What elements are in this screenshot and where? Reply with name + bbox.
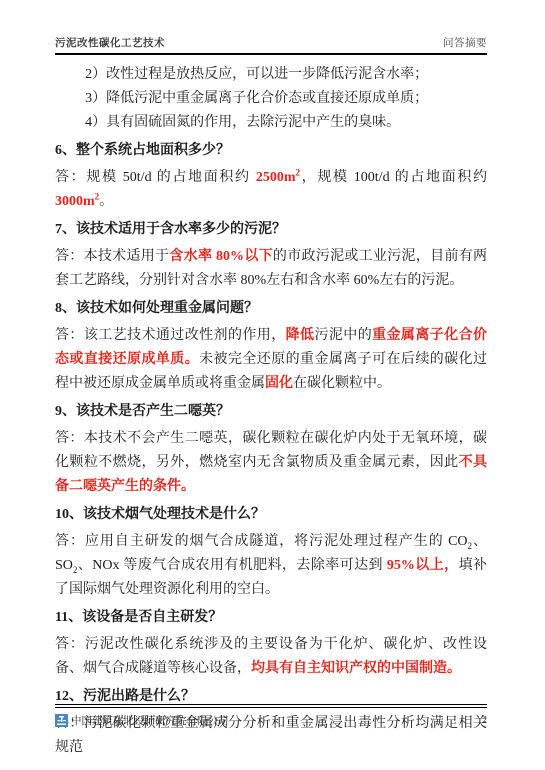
header-title: 污泥改性碳化工艺技术 [55, 35, 165, 50]
company-logo-icon [55, 714, 68, 727]
answer-paragraph: 答：本技术适用于含水率 80%以下的市政污泥或工业污泥，目前有两套工艺路线，分别… [55, 245, 487, 293]
document-page: 污泥改性碳化工艺技术 问答摘要 2）改性过程是放热反应，可以进一步降低污泥含水率… [0, 0, 545, 770]
question-heading: 7、该技术适用于含水率多少的污泥？ [55, 218, 487, 242]
document-body: 2）改性过程是放热反应，可以进一步降低污泥含水率；3）降低污泥中重金属离子化合价… [55, 63, 487, 763]
question-heading: 6、整个系统占地面积多少？ [55, 139, 487, 163]
question-heading: 11、该设备是否自主研发？ [55, 606, 487, 630]
list-item: 4）具有固硫固氮的作用，去除污泥中产生的臭味。 [55, 111, 487, 135]
question-heading: 8、该技术如何处理重金属问题？ [55, 297, 487, 321]
answer-paragraph: 答：应用自主研发的烟气合成隧道，将污泥处理过程产生的 CO2、SO2、NOx 等… [55, 530, 487, 602]
footer-row: 中国建筑东北设计研究院有限公司 2 [55, 713, 487, 728]
answer-paragraph: 答：规模 50t/d 的占地面积约 2500m2，规模 100t/d 的占地面积… [55, 166, 487, 214]
page-header: 污泥改性碳化工艺技术 问答摘要 [55, 35, 487, 55]
answer-paragraph: 答：本技术不会产生二噁英，碳化颗粒在碳化炉内处于无氧环境，碳化颗粒不燃烧，另外，… [55, 427, 487, 499]
header-section-label: 问答摘要 [443, 35, 487, 50]
answer-paragraph: 答：污泥改性碳化系统涉及的主要设备为干化炉、碳化炉、改性设备、烟气合成隧道等核心… [55, 633, 487, 681]
page-footer: 中国建筑东北设计研究院有限公司 2 [55, 704, 487, 728]
answer-paragraph: 答：该工艺技术通过改性剂的作用，降低污泥中的重金属离子化合价态或直接还原成单质。… [55, 324, 487, 396]
list-item: 2）改性过程是放热反应，可以进一步降低污泥含水率； [55, 63, 487, 87]
question-heading: 10、该技术烟气处理技术是什么？ [55, 503, 487, 527]
question-heading: 9、该技术是否产生二噁英？ [55, 400, 487, 424]
list-item: 3）降低污泥中重金属离子化合价态或直接还原成单质； [55, 87, 487, 111]
footer-company-name: 中国建筑东北设计研究院有限公司 [71, 713, 229, 728]
footer-double-rule [55, 704, 487, 708]
page-number: 2 [482, 715, 487, 726]
